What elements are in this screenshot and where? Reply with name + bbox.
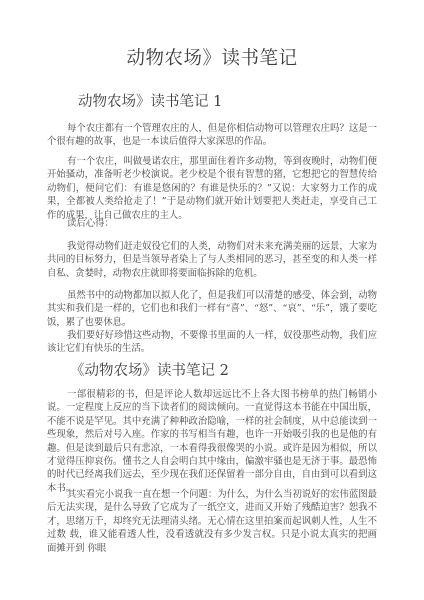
paragraph: 我们要好好珍惜这些动物，不要像书里面的人一样，奴役那些动物，我们应该让它们有快乐… [47, 329, 377, 356]
section-heading-1: 动物农场》读书笔记 1 [78, 90, 222, 111]
paragraph: 一部很精彩的书，但是评论人数却远远比不上各大图书榜单的热门畅销小说。一定程度上反… [47, 388, 377, 495]
document-title: 动物农场》读书笔记 [0, 44, 424, 70]
paragraph: 虽然书中的动物都加以拟人化了，但是我们可以清楚的感受、体会到，动物其实和我们是一… [47, 289, 377, 329]
paragraph: 我觉得动物们赶走奴役它们的人类，动物们对未来充满美丽的远景，大家为共同的目标努力… [47, 240, 377, 280]
paragraph-label-reading-notes: 读后心得： [47, 217, 377, 230]
document-page: 动物农场》读书笔记 动物农场》读书笔记 1 每个农庄都有一个管理农庄的人，但是你… [0, 0, 424, 600]
paragraph: 每个农庄都有一个管理农庄的人，但是你相信动物可以管理农庄吗？这是一个很有趣的故事… [47, 122, 377, 149]
paragraph: 其实看完小说我一直在想一个问题：为什么，为什么当初说好的宏伟蓝图最后无法实现，是… [47, 488, 377, 555]
paragraph: 有一个农庄，叫做曼诺农庄，那里面住着许多动物，等到夜晚时，动物们便开始骚动，准备… [47, 155, 377, 222]
section-heading-2: 《动物农场》读书笔记 2 [70, 359, 229, 380]
